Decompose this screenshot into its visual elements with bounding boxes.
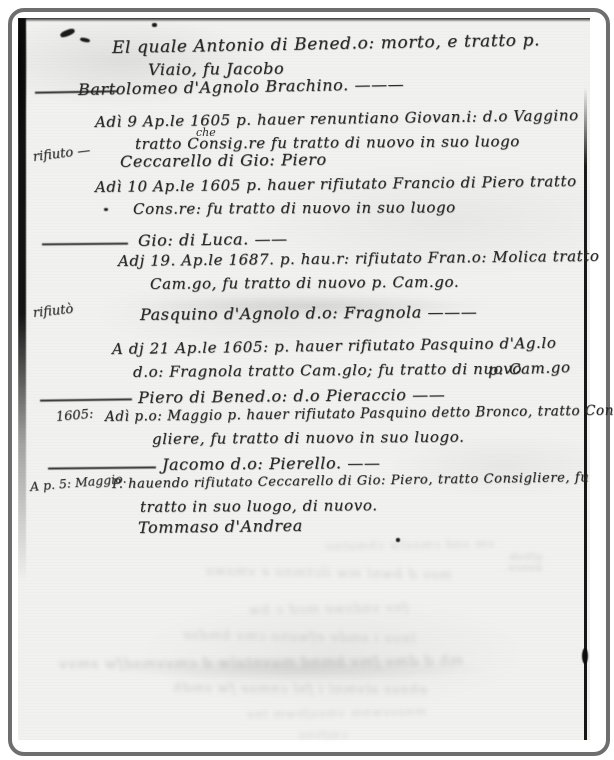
bleedthrough-margin-note: bsnce. bbox=[503, 563, 542, 574]
paper-top-edge bbox=[18, 18, 590, 22]
manuscript-scan-page: El quale Antonio di Bened.o: morto, e tr… bbox=[0, 0, 614, 760]
manuscript-line: p. Cam.go bbox=[488, 358, 571, 379]
manuscript-line: gliere, fu tratto di nuovo in suo luogo. bbox=[152, 428, 465, 448]
manuscript-line: Ceccarello di Gio: Piero bbox=[120, 150, 327, 171]
ink-speck bbox=[152, 23, 157, 27]
manuscript-line: tratto in suo luogo, di nuovo. bbox=[140, 496, 378, 516]
ink-speck bbox=[104, 208, 108, 211]
bleedthrough-line: ehnvs stvmnl i fnl cnmse fw smdh bbox=[172, 681, 427, 698]
paper-left-corner-blotch bbox=[18, 18, 31, 168]
bleedthrough-line: fnv vndswe mcd c bw bbox=[248, 601, 408, 619]
manuscript-line: Cons.re: fu tratto di nuovo in suo luogo bbox=[133, 198, 456, 218]
bleedthrough-line: cmfvns bbox=[298, 728, 347, 742]
manuscript-line: Gio: di Luca. —— bbox=[138, 229, 288, 250]
manuscript-line: tratto Consig.re fu tratto di nuovo in s… bbox=[135, 132, 520, 153]
manuscript-line: Jacomo d.o: Pierello. —— bbox=[162, 453, 381, 474]
interlinear-superscript: che bbox=[196, 126, 216, 139]
paper-right-edge-blob bbox=[582, 648, 588, 664]
manuscript-line: Pasquino d'Agnolo d.o: Fragnola ——— bbox=[140, 302, 477, 324]
manuscript-line: Tommaso d'Andrea bbox=[138, 516, 303, 537]
bleedthrough-margin-note: afnvb. bbox=[505, 552, 542, 563]
bleedthrough-line: vm snd cmsalw chmstno bbox=[325, 537, 495, 554]
manuscript-line: Cam.go, fu tratto di nuovo p. Cam.go. bbox=[150, 273, 459, 293]
manuscript-line: Piero di Bened.o: d.o Pieraccio —— bbox=[138, 385, 446, 407]
manuscript-line: d.o: Fragnola tratto Cam.glo; fu tratto … bbox=[133, 360, 522, 381]
